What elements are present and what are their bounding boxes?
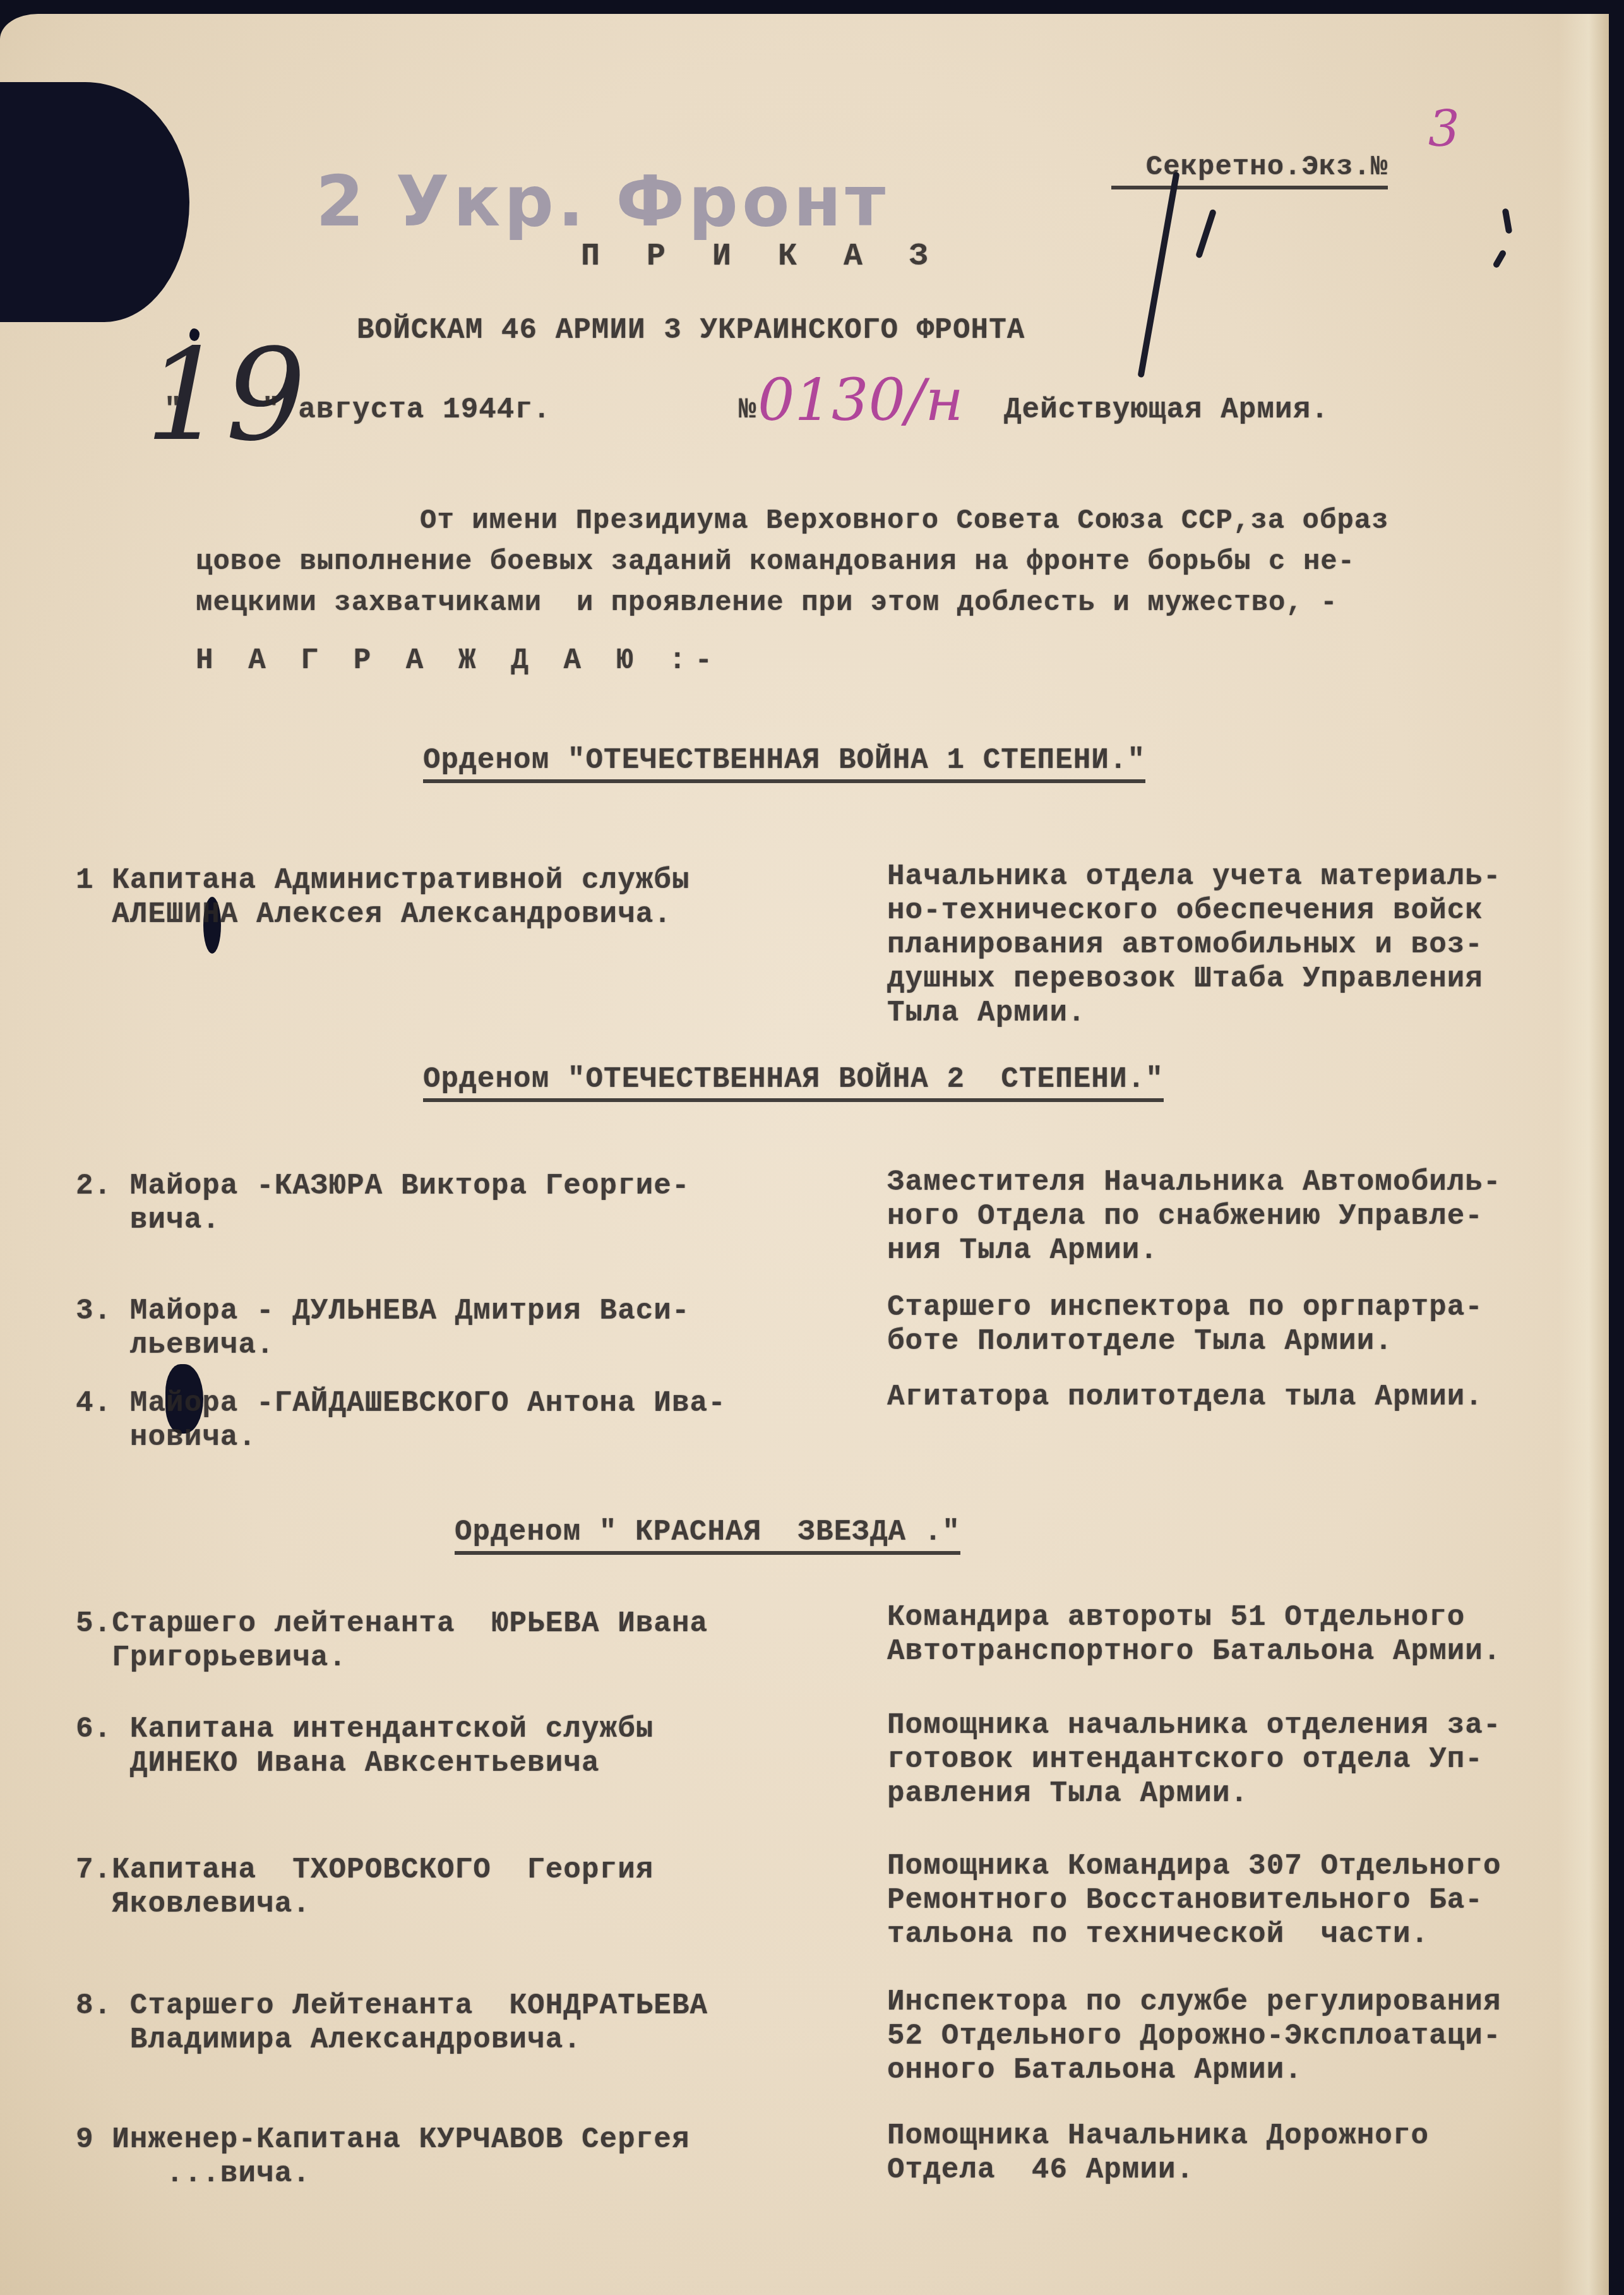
preamble-line-1: От имени Президиума Верховного Совета Со… [420, 505, 1389, 537]
entry-6-pos-1: Помощника начальника отделения за- [887, 1709, 1502, 1742]
section-heading-3: Орденом " КРАСНАЯ ЗВЕЗДА ." [455, 1516, 960, 1555]
entry-5-pos-2: Автотранспортного Батальона Армии. [887, 1635, 1502, 1668]
document-subtitle: ВОЙСКАМ 46 АРМИИ 3 УКРАИНСКОГО ФРОНТА [357, 314, 1025, 347]
entry-6-name-2: ДИНЕКО Ивана Авксентьевича [76, 1747, 600, 1780]
preamble-line-3: мецкими захватчиками и проявление при эт… [196, 587, 1338, 619]
entry-2-pos-3: ния Тыла Армии. [887, 1234, 1158, 1267]
entry-1-name-1: 1 Капитана Административной службы [76, 864, 690, 897]
entry-1-pos-2: но-технического обеспечения войск [887, 894, 1483, 927]
front-stamp: 2 Укр. Фронт [316, 161, 889, 242]
entry-4-name-1: 4. Майора -ГАЙДАШЕВСКОГО Антона Ива- [76, 1387, 726, 1420]
entry-8-pos-1: Инспектора по службе регулирования [887, 1986, 1502, 2018]
entry-2-pos-2: ного Отдела по снабжению Управле- [887, 1200, 1483, 1233]
entry-8-pos-2: 52 Отдельного Дорожно-Эксплоатаци- [887, 2020, 1502, 2052]
entry-1-pos-1: Начальника отдела учета материаль- [887, 860, 1502, 893]
entry-6-name-1: 6. Капитана интендантской службы [76, 1713, 654, 1746]
entry-8-name-2: Владимира Александровича. [76, 2023, 582, 2056]
preamble-line-2: цовое выполнение боевых заданий командов… [196, 546, 1355, 578]
entry-8-pos-3: онного Батальона Армии. [887, 2054, 1303, 2087]
entry-3-name-1: 3. Майора - ДУЛЬНЕВА Дмитрия Васи- [76, 1295, 690, 1327]
location-text: Действующая Армия. [1004, 393, 1329, 426]
document-title: П Р И К А З [581, 239, 942, 275]
entry-3-name-2: льевича. [76, 1329, 275, 1362]
entry-9-name-2: ...вича. [76, 2157, 311, 2190]
classification-label: Секретно.Экз.№ [1111, 120, 1388, 189]
entry-1-pos-4: душных перевозок Штаба Управления [887, 962, 1483, 995]
entry-8-name-1: 8. Старшего Лейтенанта КОНДРАТЬЕВА [76, 1989, 708, 2022]
entry-7-name-1: 7.Капитана ТХОРОВСКОГО Георгия [76, 1854, 654, 1886]
entry-7-pos-1: Помощника Командира 307 Отдельного [887, 1850, 1502, 1883]
entry-2-name-2: вича. [76, 1204, 220, 1237]
order-number-prefix: № [739, 393, 757, 426]
classification-text: Секретно.Экз.№ [1146, 152, 1388, 183]
entry-1-name-2: АЛЕШИНА Алексея Александровича. [76, 898, 672, 931]
entry-7-pos-2: Ремонтного Восстановительного Ба- [887, 1884, 1483, 1917]
entry-3-pos-1: Старшего инспектора по оргпартра- [887, 1291, 1483, 1324]
entry-1-pos-5: Тыла Армии. [887, 997, 1086, 1029]
date-text: " августа 1944г. [262, 393, 551, 426]
entry-7-name-2: Яковлевича. [76, 1888, 311, 1920]
section-heading-2: Орденом "ОТЕЧЕСТВЕННАЯ ВОЙНА 2 СТЕПЕНИ." [423, 1063, 1164, 1102]
entry-5-name-1: 5.Старшего лейтенанта ЮРЬЕВА Ивана [76, 1607, 708, 1640]
copy-number: 3 [1428, 101, 1460, 158]
entry-2-name-1: 2. Майора -КАЗЮРА Виктора Георгие- [76, 1170, 690, 1202]
entry-4-pos-1: Агитатора политотдела тыла Армии. [887, 1381, 1483, 1413]
entry-2-pos-1: Заместителя Начальника Автомобиль- [887, 1166, 1502, 1199]
entry-6-pos-2: готовок интендантского отдела Уп- [887, 1743, 1483, 1776]
entry-6-pos-3: равления Тыла Армии. [887, 1777, 1248, 1810]
entry-5-name-2: Григорьевича. [76, 1641, 347, 1674]
entry-3-pos-2: боте Политотделе Тыла Армии. [887, 1325, 1393, 1358]
entry-4-name-2: новича. [76, 1421, 256, 1454]
entry-1-pos-3: планирования автомобильных и воз- [887, 928, 1483, 961]
order-number: 0130/н [758, 366, 964, 434]
section-heading-1: Орденом "ОТЕЧЕСТВЕННАЯ ВОЙНА 1 СТЕПЕНИ." [423, 744, 1145, 783]
entry-9-pos-1: Помощника Начальника Дорожного [887, 2119, 1429, 2152]
entry-5-pos-1: Командира автороты 51 Отдельного [887, 1601, 1465, 1634]
entry-9-name-1: 9 Инженер-Капитана КУРЧАВОВ Сергея [76, 2123, 690, 2156]
entry-9-pos-2: Отдела 46 Армии. [887, 2154, 1194, 2186]
award-verb: Н А Г Р А Ж Д А Ю :- [196, 644, 721, 677]
entry-7-pos-3: тальона по технической части. [887, 1918, 1429, 1951]
